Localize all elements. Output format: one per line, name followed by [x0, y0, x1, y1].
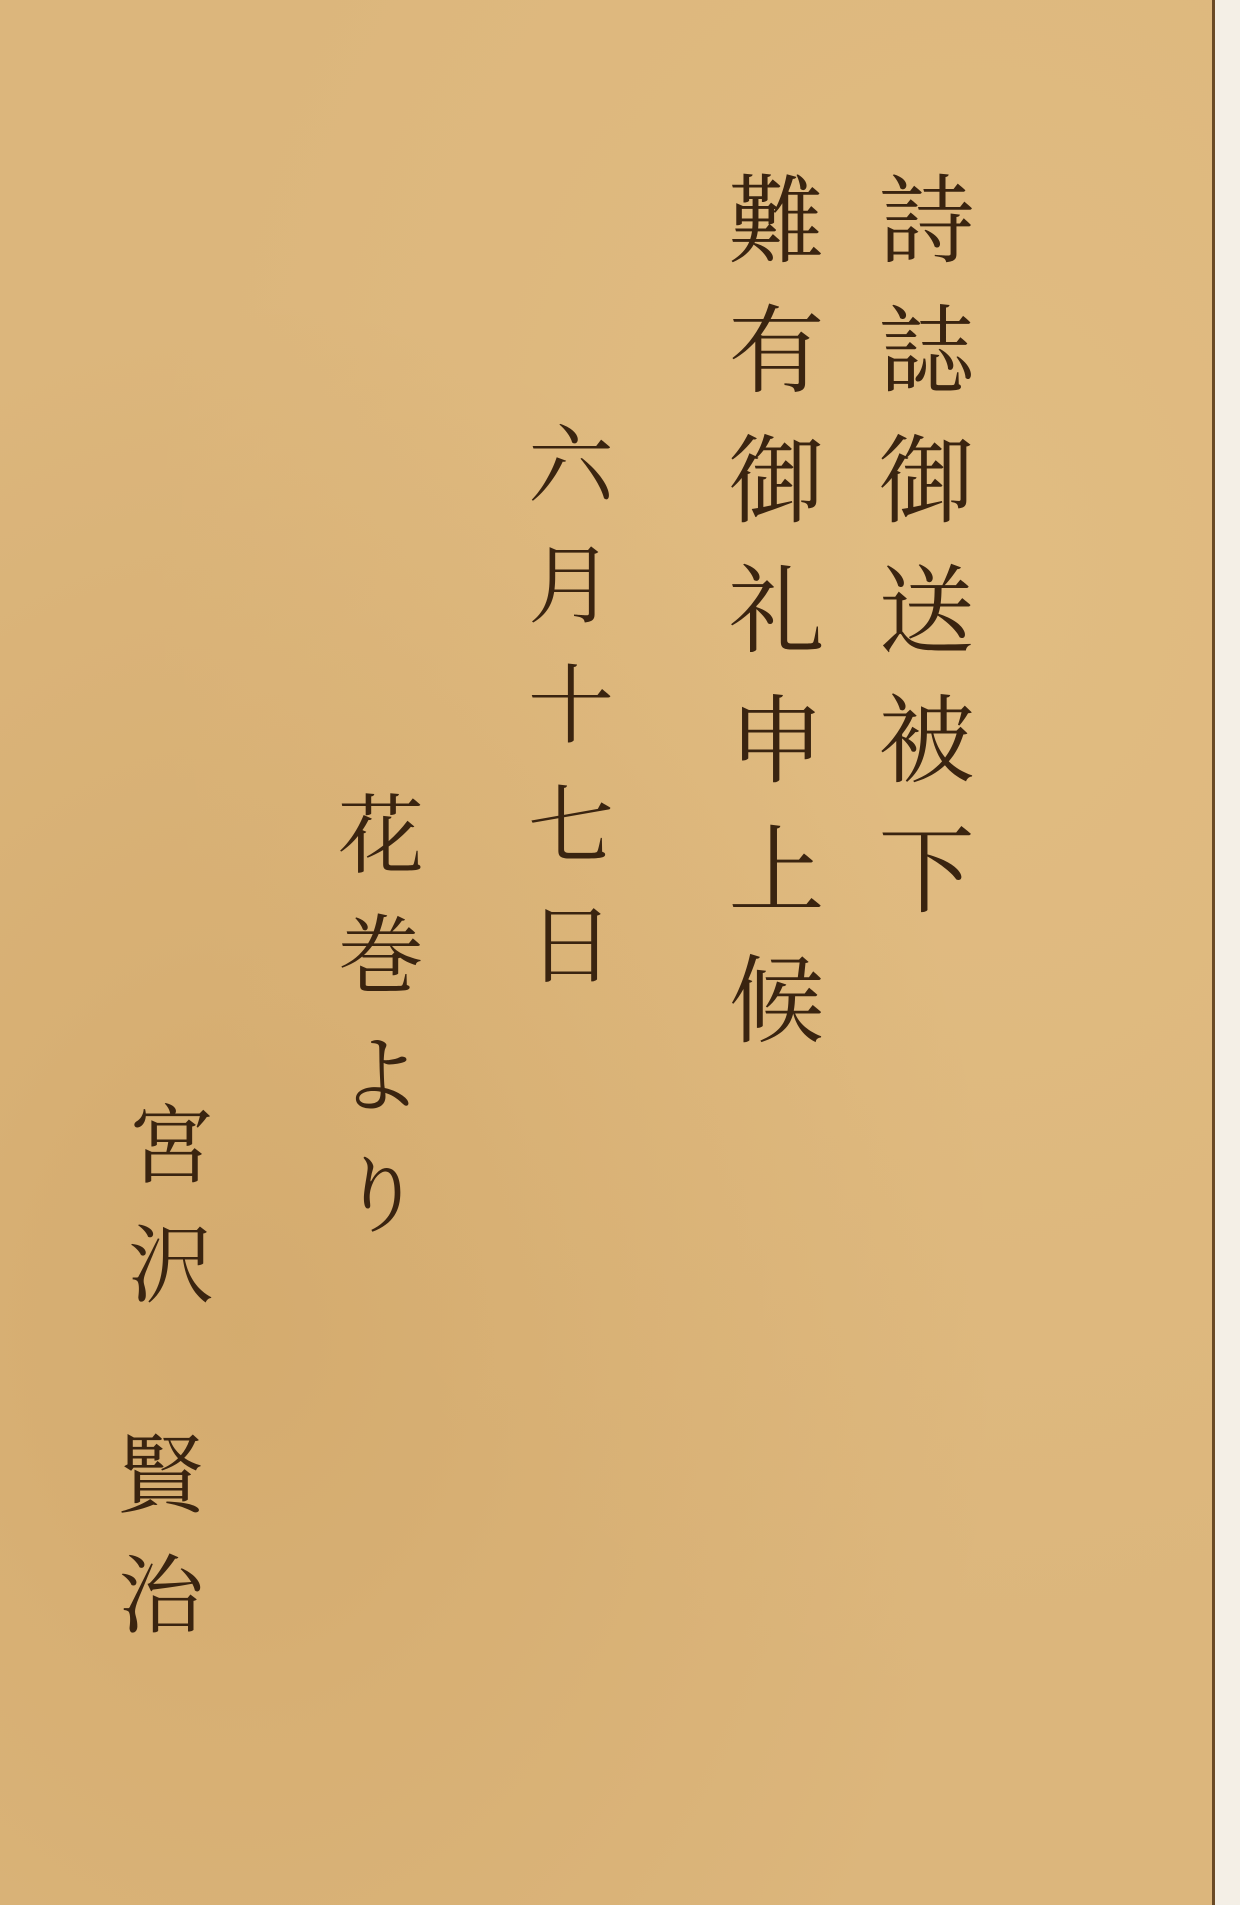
- scan-edge: [1215, 0, 1240, 1905]
- sender-location-column: 花巻より: [330, 790, 416, 1270]
- sender-given-name-column: 賢治: [110, 1430, 196, 1670]
- text-column-1: 詩誌御送被下: [870, 170, 966, 950]
- sender-surname-column: 宮沢: [120, 1100, 206, 1340]
- text-column-2: 難有御礼申上候: [720, 170, 816, 1080]
- date-column: 六月十七日: [520, 420, 606, 1020]
- postcard-image: 詩誌御送被下 難有御礼申上候 六月十七日 花巻より 宮沢 賢治: [0, 0, 1240, 1905]
